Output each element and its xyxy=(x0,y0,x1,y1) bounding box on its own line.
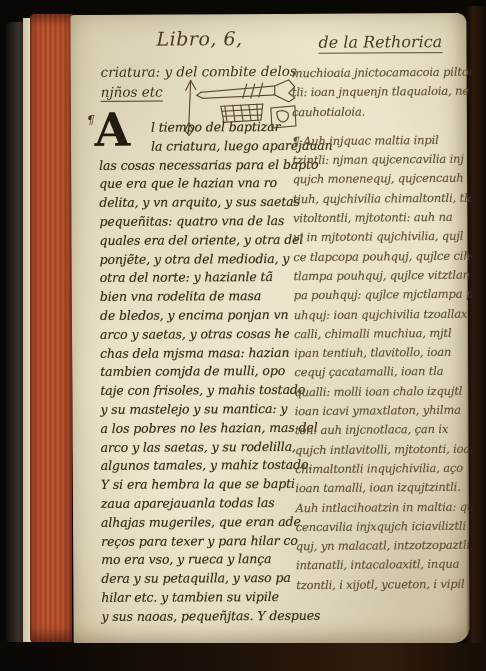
manuscript-line: ioan icavi ymaxtlaton, yhilma xyxy=(295,401,471,422)
manuscript-line: Y si era hembra la que se bapti xyxy=(101,475,319,495)
manuscript-line: ipan tentiuh, tlavitollo, ioan xyxy=(294,343,470,364)
manuscript-line: ponjẽte, y otra del mediodia, y xyxy=(100,249,318,269)
book-bottom-edge xyxy=(0,643,486,671)
manuscript-line: tiuh, qujchivilia chimaltontli, tla xyxy=(293,188,469,209)
manuscript-line: arco y saetas, y otras cosas he xyxy=(100,325,318,345)
manuscript-line: tzintli: njman qujcencavilia inj xyxy=(292,150,468,171)
pilcrow-mark: ¶ xyxy=(87,113,95,127)
manuscript-line: y sus naoas, pequeñjtas. Y despues xyxy=(101,606,319,626)
running-title-left: Libro, 6, xyxy=(156,28,242,50)
manuscript-line: ¶ Auh injquac maltia inpil xyxy=(292,131,468,152)
manuscript-line: calli, chimalli muchiua, mjtl xyxy=(294,324,470,345)
manuscript-line: y su mastelejo y su mantica: y xyxy=(100,400,318,420)
book-right-edge xyxy=(466,6,486,666)
manuscript-line: tlampa pouhquj, qujlce vitztlan xyxy=(293,266,469,287)
manuscript-line: delita, y vn arquito, y sus saetas xyxy=(99,193,317,213)
manuscript-line: intanatli, intacaloaxitl, inqua xyxy=(296,555,472,576)
manuscript-line: vi in mjtotonti qujchivilia, qujl xyxy=(293,227,469,248)
manuscript-line: tzontli, i xijotl, ycueton, i vipil xyxy=(296,574,472,595)
manuscript-line: de bledos, y encima ponjan vn xyxy=(100,306,318,326)
manuscript-line: ton: auh injcnotlaca, çan ix xyxy=(295,420,471,441)
manuscript-line: quales era del oriente, y otra del xyxy=(99,231,317,251)
manuscript-page: Libro, 6, de la Rethorica criatura: y de… xyxy=(70,13,469,645)
manuscript-line: tambien comjda de mulli, opo xyxy=(100,362,318,382)
manuscript-line: la criatura, luego aparejauan xyxy=(99,137,317,157)
manuscript-line: ce tlapcopa pouhquj, qujlce cihoa xyxy=(293,246,469,267)
manuscript-line: qualli: molli ioan chalo izqujtl xyxy=(294,381,470,402)
running-title-right: de la Rethorica xyxy=(318,32,442,54)
manuscript-line: qujch monenequj, qujcencauh xyxy=(293,169,469,190)
manuscript-line: pequeñitas: quatro vna de las xyxy=(99,212,317,232)
manuscript-line: que era que le hazian vna ro xyxy=(99,174,317,194)
manuscript-line: qujch intlavitolli, mjtotonti, ioan xyxy=(295,439,471,460)
spanish-column: l tiempo del baptizarla criatura, luego … xyxy=(99,118,320,627)
manuscript-line: pa pouhquj: qujlce mjctlampa po xyxy=(294,285,470,306)
manuscript-line: alhajas mugeriles, que eran ade xyxy=(101,512,319,532)
manuscript-line: zaua aparejauanla todas las xyxy=(101,494,319,514)
manuscript-line: otra del norte: y hazianle tã xyxy=(100,268,318,288)
manuscript-line: ioan tamalli, ioan izqujtzintli. xyxy=(295,478,471,499)
book-fore-edge xyxy=(30,14,72,642)
manuscript-line: chas dela mjsma masa: hazian xyxy=(100,343,318,363)
manuscript-line: tli: ioan jnquenjn tlaqualoia, ne xyxy=(292,82,468,103)
arrow-bundle-icon xyxy=(197,80,295,103)
nahuatl-column: muchioaia jnictocamacoia piltontli: ioan… xyxy=(292,63,473,596)
manuscript-line: vitoltontli, mjtotonti: auh na xyxy=(293,208,469,229)
manuscript-line: uhquj: ioan qujchivilia tzoallax xyxy=(294,304,470,325)
manuscript-line: muchioaia jnictocamacoia pilton xyxy=(292,63,468,84)
manuscript-line: quj, yn malacatl, intzotzopaztli, xyxy=(296,536,472,557)
manuscript-line: algunos tamales, y mahiz tostado. xyxy=(101,456,319,476)
manuscript-line: a los pobres no les hazian, mas del xyxy=(100,418,318,438)
manuscript-line: las cosas necessarias para el bapto xyxy=(99,155,317,175)
manuscript-line: chimaltontli inqujchivilia, aço xyxy=(295,459,471,480)
manuscript-line: cencavilia injxqujch iciaviliztli xyxy=(296,516,472,537)
manuscript-line: cauhotialoia. xyxy=(292,101,468,122)
manuscript-line: taje con frisoles, y mahis tostado xyxy=(100,381,318,401)
manuscript-line: arco y las saetas, y su rodelilla, xyxy=(101,437,319,457)
manuscript-line: cequj çacatamalli, ioan tla xyxy=(294,362,470,383)
book-edge-shadow xyxy=(6,22,24,642)
manuscript-line: dera y su petaquilla, y vaso pa xyxy=(101,569,319,589)
manuscript-line: Auh intlacihoatzin in maltia: quj xyxy=(295,497,471,518)
manuscript-line: hilar etc. y tambien su vipile xyxy=(101,588,319,608)
manuscript-line: bien vna rodelita de masa xyxy=(100,287,318,307)
photo-backdrop: Libro, 6, de la Rethorica criatura: y de… xyxy=(0,0,486,671)
manuscript-line: mo era vso, y rueca y lança xyxy=(101,550,319,570)
manuscript-line: reços para texer y para hilar co xyxy=(101,531,319,551)
manuscript-line: l tiempo del baptizar xyxy=(99,118,317,138)
chapter-heading-end: njños etc xyxy=(101,85,163,102)
